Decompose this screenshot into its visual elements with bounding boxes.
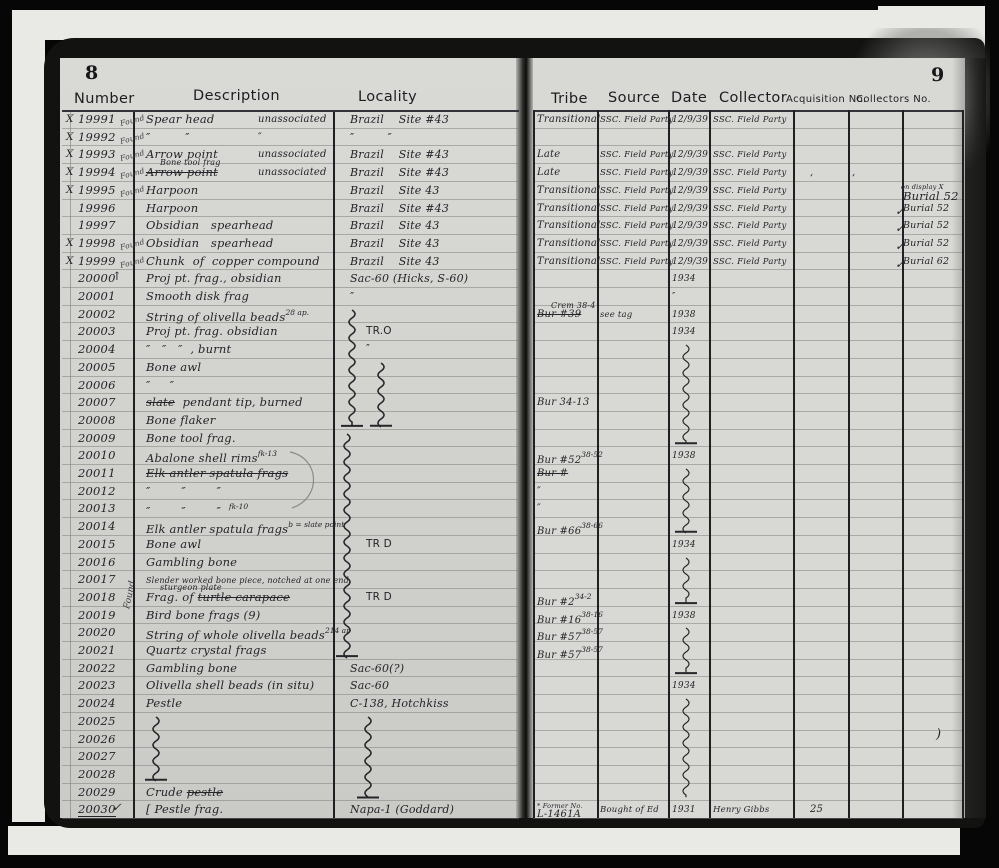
- found-annotation: Found: [119, 238, 145, 251]
- catalog-number: 20000: [78, 273, 116, 285]
- cell-source: SSC. Field Party: [600, 258, 674, 267]
- ruled-line: [62, 588, 519, 589]
- cell-locality-site: TR.O: [366, 326, 392, 337]
- cell-description: Crude pestle: [146, 787, 223, 799]
- cell-description: Harpoon: [146, 185, 198, 197]
- found-annotation: Found: [119, 256, 145, 269]
- cell-tribe: Transitional: [537, 204, 600, 214]
- ditto-squiggle: [674, 699, 698, 801]
- x-mark: X: [66, 256, 74, 267]
- cell-description: Proj pt. frag. obsidian: [146, 326, 278, 338]
- cell-description: Spear head: [146, 114, 214, 126]
- x-mark: X: [66, 185, 74, 196]
- mat-top-band: [12, 10, 904, 40]
- ruled-line: [62, 623, 519, 624]
- catalog-number: 20026: [78, 734, 116, 746]
- x-mark: X: [66, 132, 74, 143]
- cell-tribe: Bur #1638-16: [537, 611, 603, 626]
- cell-description: Olivella shell beads (in situ): [146, 680, 314, 692]
- catalog-number: 20012: [78, 486, 116, 498]
- number-mark: ↑: [112, 271, 122, 283]
- cell-date: 1938: [672, 311, 696, 320]
- cell-description: Gambling bone: [146, 663, 237, 675]
- cell-locality: ″ ″: [350, 132, 392, 143]
- found-annotation: Found: [119, 185, 145, 198]
- column-divider: [848, 110, 850, 818]
- column-divider: [533, 110, 535, 818]
- catalog-number: 20023: [78, 680, 116, 692]
- found-annotation: Found: [119, 132, 145, 145]
- cell-collection: Burial 52: [903, 204, 949, 214]
- ditto-squiggle: [674, 469, 698, 536]
- catalog-number: 20007: [78, 397, 116, 409]
- header-collectors-no: Collectors No.: [856, 94, 931, 105]
- ruled-line: [62, 252, 519, 253]
- catalog-number: 19993Found: [78, 149, 144, 161]
- cell-tribe: Late: [537, 150, 560, 160]
- ruled-line: [62, 517, 519, 518]
- catalog-number: 19995Found: [78, 185, 144, 197]
- ditto-squiggle: [356, 717, 380, 802]
- cell-description: ″ ″ ″ , burnt: [146, 344, 231, 356]
- cell-description-secondary: ″: [258, 133, 262, 143]
- cell-tribe: Bur #39Crem 38-4: [537, 310, 581, 320]
- catalog-number: 19991Found: [78, 114, 144, 126]
- cell-source: SSC. Field Party: [600, 151, 674, 160]
- cell-description: Obsidian spearhead: [146, 220, 274, 232]
- header-tribe: Tribe: [551, 91, 588, 107]
- cell-date: 12/9/39: [672, 240, 708, 249]
- ruled-line: [62, 199, 519, 200]
- cell-description: Bone tool frag.: [146, 433, 236, 445]
- catalog-number: 20014: [78, 521, 116, 533]
- ruled-line: [62, 287, 519, 288]
- cell-locality: Sac-60(?): [350, 663, 404, 674]
- cell-description: Chunk of copper compound: [146, 256, 320, 268]
- cell-description: Harpoon: [146, 203, 198, 215]
- ruled-line: [62, 606, 519, 607]
- cell-collectors-no: ⸲: [852, 168, 855, 178]
- page-edge-shadow: [952, 58, 986, 818]
- ruled-line: [62, 305, 519, 306]
- ledger-scan: 8 9 Number Description Locality Tribe So…: [0, 0, 999, 868]
- ruled-line: [62, 269, 519, 270]
- catalog-number: 20002: [78, 309, 116, 321]
- ditto-squiggle: [674, 558, 698, 607]
- cell-description: Elk antler spatula fragsb = slate point: [146, 521, 344, 536]
- catalog-number: 20008: [78, 415, 116, 427]
- page-number-left: 8: [85, 62, 98, 84]
- x-mark: X: [66, 114, 74, 125]
- cell-collector: SSC. Field Party: [713, 151, 787, 160]
- ruled-line: [62, 234, 519, 235]
- number-mark: ✓: [112, 802, 122, 814]
- cell-description: Abalone shell rimsfk-13: [146, 450, 277, 465]
- cell-source: see tag: [600, 311, 632, 320]
- cell-tribe: Bur 34-13: [537, 398, 589, 408]
- cell-collector: SSC. Field Party: [713, 187, 787, 196]
- cell-acquisition-no: ⸲: [810, 168, 813, 178]
- cell-description: [ Pestle frag.: [146, 804, 223, 816]
- cell-collection: Burial 62: [903, 257, 949, 267]
- cell-collection: Burial 52: [903, 239, 949, 249]
- cell-date: 12/9/39: [672, 116, 708, 125]
- catalog-number: 20019: [78, 610, 116, 622]
- catalog-number: 20017: [78, 574, 116, 586]
- cell-locality: Brazil Site #43: [350, 203, 449, 214]
- cell-description: Quartz crystal frags: [146, 645, 267, 657]
- catalog-number: 20010: [78, 450, 116, 462]
- cell-tribe: Transitional: [537, 221, 600, 231]
- cell-description: Pestle: [146, 698, 182, 710]
- cell-date: 12/9/39: [672, 151, 708, 160]
- cell-tribe: Bur #: [537, 469, 568, 479]
- cell-description: ″ ″ ″: [146, 486, 221, 498]
- cell-source: SSC. Field Party: [600, 205, 674, 214]
- cell-locality-site: TR D: [366, 592, 392, 603]
- catalog-number: 20028: [78, 769, 116, 781]
- catalog-number: 20004: [78, 344, 116, 356]
- cell-description: String of olivella beads28 ap.: [146, 309, 309, 324]
- header-locality: Locality: [358, 89, 417, 105]
- ruled-line: [62, 128, 519, 129]
- page-number-right: 9: [931, 64, 944, 86]
- column-divider: [793, 110, 795, 818]
- cell-tribe: Bur #5738-57: [537, 646, 603, 661]
- cell-description: Bone awl: [146, 362, 201, 374]
- cell-date: 12/9/39: [672, 258, 708, 267]
- ruled-line: [62, 553, 519, 554]
- correction-note: Crem 38-4: [551, 302, 596, 310]
- cell-collector: SSC. Field Party: [713, 116, 787, 125]
- catalog-number: 20011: [78, 468, 116, 480]
- ruled-line: [62, 499, 519, 500]
- ruled-line: [62, 818, 519, 819]
- ruled-line: [62, 411, 519, 412]
- ruled-line: [62, 376, 519, 377]
- cell-locality: Sac-60: [350, 680, 389, 691]
- correction-note: sturgeon plate: [160, 584, 222, 592]
- cell-locality: Brazil Site 43: [350, 220, 440, 231]
- cell-locality: Brazil Site #43: [350, 149, 449, 160]
- header-underline: [62, 110, 519, 112]
- catalog-number: 20006: [78, 380, 116, 392]
- catalog-number: 19992Found: [78, 132, 144, 144]
- header-date: Date: [671, 90, 707, 106]
- ruled-line: [62, 783, 519, 784]
- cell-date: 1938: [672, 452, 696, 461]
- cell-tribe: Bur #5238-52: [537, 451, 603, 466]
- pencil-arc-annotation: [288, 448, 324, 512]
- cell-tribe: Bur #234-2: [537, 593, 592, 608]
- ruled-line: [533, 818, 963, 819]
- correction-note: Bone tool frag: [160, 159, 221, 167]
- cell-source: SSC. Field Party: [600, 116, 674, 125]
- cell-collector: SSC. Field Party: [713, 240, 787, 249]
- ruled-line: [62, 570, 519, 571]
- cell-description: Bird bone frags (9): [146, 610, 260, 622]
- ruled-line: [62, 765, 519, 766]
- ruled-line: [62, 340, 519, 341]
- cell-date: 1934: [672, 328, 696, 337]
- catalog-number: 19994Found: [78, 167, 144, 179]
- ruled-line: [62, 446, 519, 447]
- catalog-number: 20009: [78, 433, 116, 445]
- ruled-line: [62, 393, 519, 394]
- ruled-line: [62, 482, 519, 483]
- x-mark: X: [66, 167, 74, 178]
- cell-description: Elk antler spatula frags: [146, 468, 288, 480]
- x-mark: X: [66, 238, 74, 249]
- cell-source: SSC. Field Party: [600, 169, 674, 178]
- cell-locality: Brazil Site #43: [350, 114, 449, 125]
- ruled-line: [62, 694, 519, 695]
- cell-description: Proj pt. frag., obsidian: [146, 273, 282, 285]
- cell-locality: Sac-60 (Hicks, S-60): [350, 273, 468, 284]
- cell-tribe: Transitional: [537, 186, 600, 196]
- cell-date: 1931: [672, 806, 696, 815]
- ruled-line: [62, 429, 519, 430]
- catalog-number: 20001: [78, 291, 116, 303]
- cell-locality: Brazil Site 43: [350, 185, 440, 196]
- catalog-number: 20029: [78, 787, 116, 799]
- cell-description: ″ ″: [146, 380, 174, 392]
- mat-bottom-band: [8, 826, 960, 855]
- cell-tribe: Late: [537, 168, 560, 178]
- cell-description-secondary: unassociated: [258, 168, 327, 178]
- cell-locality: Brazil Site 43: [350, 238, 440, 249]
- cell-date: 1934: [672, 541, 696, 550]
- catalog-number: 20030: [78, 804, 116, 817]
- ruled-line: [62, 145, 519, 146]
- cell-tribe: Bur #6638-66: [537, 522, 603, 537]
- catalog-number: 20022: [78, 663, 116, 675]
- cell-tribe: Transitional: [537, 257, 600, 267]
- cell-description: Smooth disk frag: [146, 291, 249, 303]
- cell-description: Gambling bone: [146, 557, 237, 569]
- cell-description: Bone awl: [146, 539, 201, 551]
- found-annotation: Found: [119, 114, 145, 127]
- cell-source: SSC. Field Party: [600, 222, 674, 231]
- cell-collector: SSC. Field Party: [713, 258, 787, 267]
- cell-locality: C-138, Hotchkiss: [350, 698, 449, 709]
- catalog-number: 19997: [78, 220, 116, 232]
- ditto-squiggle: [369, 363, 393, 430]
- cell-tribe: ″: [537, 487, 541, 497]
- cell-description-secondary: unassociated: [258, 150, 327, 160]
- cell-locality: ″: [350, 291, 354, 302]
- catalog-number: 19996: [78, 203, 116, 215]
- cell-collector: SSC. Field Party: [713, 222, 787, 231]
- cell-collection: Burial 52: [903, 221, 949, 231]
- cell-locality: Napa-1 (Goddard): [350, 804, 454, 815]
- cell-description: Bone flaker: [146, 415, 216, 427]
- catalog-number: 20025: [78, 716, 116, 728]
- cell-description: Frag. of turtle carapacesturgeon plate: [146, 592, 290, 604]
- cell-description: ″ ″: [146, 132, 190, 144]
- catalog-number: 20003: [78, 326, 116, 338]
- cell-collector: SSC. Field Party: [713, 169, 787, 178]
- catalog-number: 20015: [78, 539, 116, 551]
- cell-locality: Brazil Site 43: [350, 256, 440, 267]
- found-annotation: Found: [119, 150, 145, 163]
- margin-line: [70, 112, 71, 818]
- ditto-squiggle: [335, 434, 359, 660]
- cell-locality-site: TR D: [366, 539, 392, 550]
- cell-description: Obsidian spearhead: [146, 238, 274, 250]
- column-divider: [133, 112, 135, 818]
- catalog-number: 20020: [78, 627, 116, 639]
- catalog-number: 20013: [78, 503, 116, 515]
- cell-description: ″ ″ ″ fk-10: [146, 503, 248, 518]
- ruled-line: [62, 676, 519, 677]
- catalog-number: 20005: [78, 362, 116, 374]
- cell-tribe: Transitional: [537, 239, 600, 249]
- column-divider: [668, 110, 670, 818]
- cell-source: SSC. Field Party: [600, 187, 674, 196]
- header-collector: Collector: [719, 90, 787, 106]
- cell-date: 1938: [672, 612, 696, 621]
- header-number: Number: [74, 91, 135, 107]
- ruled-line: [62, 800, 519, 801]
- ruled-line: [62, 181, 519, 182]
- cell-locality: Brazil Site #43: [350, 167, 449, 178]
- header-source: Source: [608, 90, 660, 106]
- mat-left-band: [12, 10, 45, 822]
- column-divider: [709, 110, 711, 818]
- catalog-number: 20018: [78, 592, 116, 604]
- catalog-number: 20024: [78, 698, 116, 710]
- catalog-number: 20016: [78, 557, 116, 569]
- catalog-number: 20027: [78, 751, 116, 763]
- cell-description-secondary: unassociated: [258, 115, 327, 125]
- cell-date: 12/9/39: [672, 169, 708, 178]
- ruled-line: [62, 216, 519, 217]
- header-description: Description: [193, 88, 280, 104]
- cell-source: SSC. Field Party: [600, 240, 674, 249]
- cell-tribe: Bur #5738-57: [537, 628, 603, 643]
- cell-description: Arrow pointBone tool frag: [146, 167, 218, 179]
- cell-description: String of whole olivella beads214 ap: [146, 627, 351, 642]
- cell-date: 1934: [672, 275, 696, 284]
- cell-tribe: Transitional: [537, 115, 600, 125]
- cell-collection: Burial 52: [903, 191, 959, 203]
- cell-collector: SSC. Field Party: [713, 205, 787, 214]
- ruled-line: [62, 730, 519, 731]
- cell-date: ″: [672, 293, 676, 302]
- book-gutter: [516, 58, 533, 818]
- catalog-number: 19999Found: [78, 256, 144, 268]
- x-mark: X: [66, 149, 74, 160]
- ruled-line: [62, 747, 519, 748]
- cell-collector: Henry Gibbs: [713, 806, 769, 815]
- ruled-line: [62, 659, 519, 660]
- cell-acquisition-no: 25: [810, 805, 823, 815]
- cell-locality-site: ″: [366, 344, 370, 355]
- ruled-line: [62, 358, 519, 359]
- ruled-line: [62, 163, 519, 164]
- cell-description: slate pendant tip, burned: [146, 397, 303, 409]
- catalog-number: 19998Found: [78, 238, 144, 250]
- ruled-line: [62, 712, 519, 713]
- ditto-squiggle: [674, 628, 698, 677]
- cell-source: Bought of Ed: [600, 806, 659, 815]
- cell-date: 12/9/39: [672, 187, 708, 196]
- cell-date: 12/9/39: [672, 222, 708, 231]
- cell-tribe-former-no: L-1461A: [537, 810, 581, 820]
- ditto-squiggle: [340, 310, 364, 430]
- cell-date: 12/9/39: [672, 205, 708, 214]
- found-annotation: Found: [119, 167, 145, 180]
- catalog-number: 20021: [78, 645, 116, 657]
- cell-date: 1934: [672, 682, 696, 691]
- ditto-squiggle: [674, 345, 698, 447]
- ditto-squiggle: [144, 717, 168, 784]
- header-acquisition-no: Acquisition No.: [786, 94, 867, 105]
- cell-tribe: ″: [537, 504, 541, 514]
- ruled-line: [62, 464, 519, 465]
- column-divider: [962, 110, 964, 818]
